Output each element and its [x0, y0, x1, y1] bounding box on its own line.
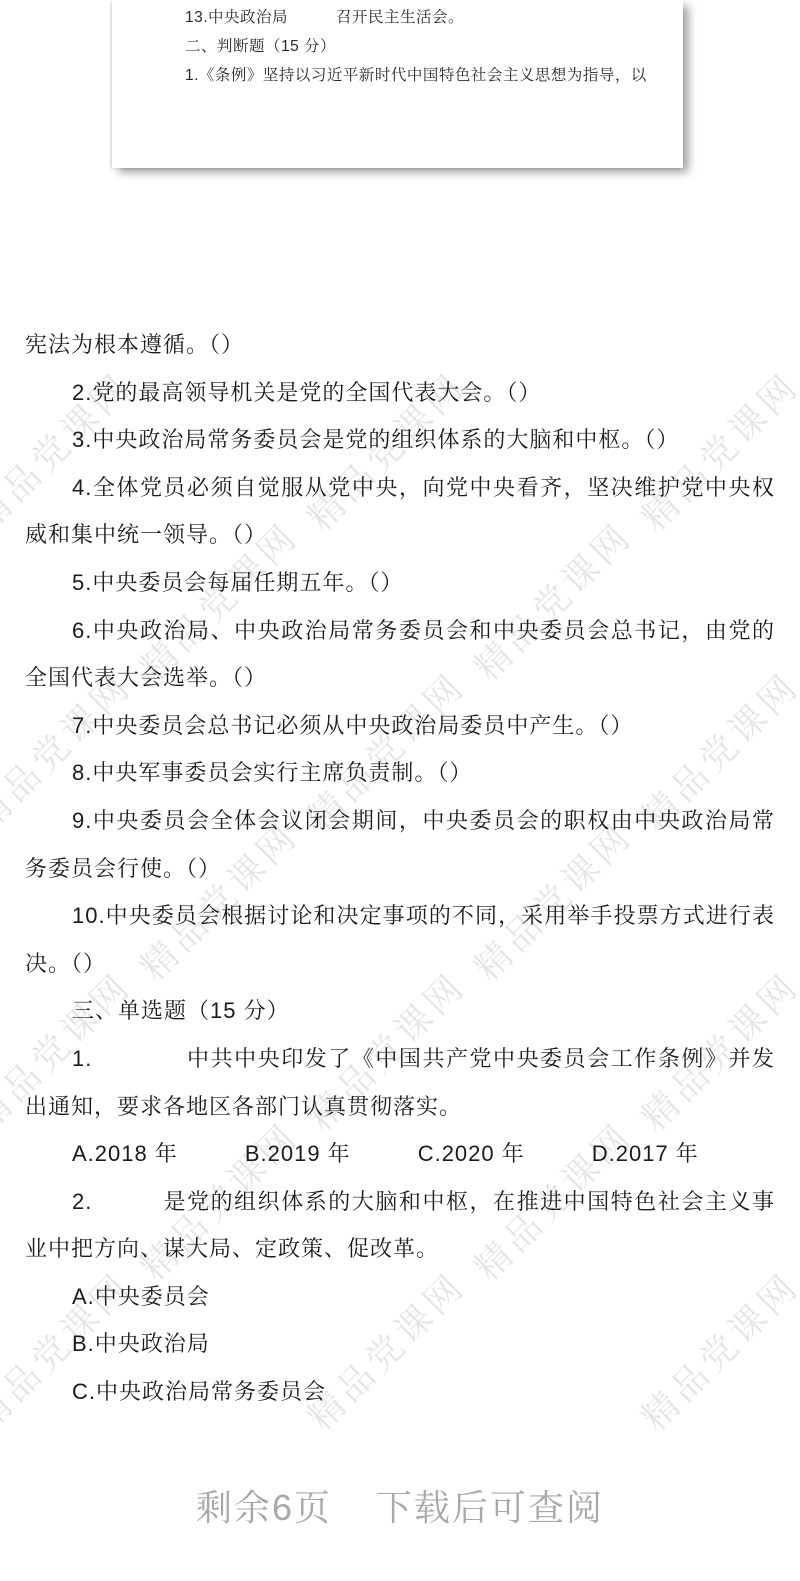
- answer-option: C.2020 年: [418, 1130, 525, 1178]
- doc-paragraph: B.中央政治局: [25, 1320, 775, 1368]
- doc-paragraph: 2.党的最高领导机关是党的全国代表大会。（）: [25, 369, 775, 417]
- previous-page-preview: 13.中央政治局 召开民主生活会。二、判断题（15 分）1.《条例》坚持以习近平…: [112, 0, 683, 168]
- answer-option: D.2017 年: [592, 1130, 699, 1178]
- remaining-pages-banner: 剩余6页 下载后可查阅: [0, 1480, 800, 1531]
- doc-paragraph: 10.中央委员会根据讨论和决定事项的不同，采用举手投票方式进行表决。（）: [25, 892, 775, 987]
- doc-paragraph: 8.中央军事委员会实行主席负责制。（）: [25, 749, 775, 797]
- download-hint-text: 下载后可查阅: [376, 1480, 604, 1531]
- remaining-pages-text: 剩余6页: [196, 1480, 332, 1531]
- preview-line: 13.中央政治局 召开民主生活会。: [185, 3, 659, 32]
- doc-paragraph: 7.中央委员会总书记必须从中央政治局委员中产生。（）: [25, 702, 775, 750]
- doc-paragraph: 4.全体党员必须自觉服从党中央，向党中央看齐，坚决维护党中央权威和集中统一领导。…: [25, 464, 775, 559]
- doc-paragraph: 1. 中共中央印发了《中国共产党中央委员会工作条例》并发出通知，要求各地区各部门…: [25, 1035, 775, 1130]
- answer-options-row: A.2018 年B.2019 年C.2020 年D.2017 年: [25, 1130, 775, 1178]
- doc-paragraph: 9.中央委员会全体会议闭会期间，中央委员会的职权由中央政治局常务委员会行使。（）: [25, 797, 775, 892]
- preview-line: 二、判断题（15 分）: [185, 32, 659, 61]
- preview-line: 1.《条例》坚持以习近平新时代中国特色社会主义思想为指导，以: [185, 61, 659, 90]
- doc-paragraph: 2. 是党的组织体系的大脑和中枢，在推进中国特色社会主义事业中把方向、谋大局、定…: [25, 1178, 775, 1273]
- doc-paragraph: A.中央委员会: [25, 1273, 775, 1321]
- doc-paragraph: 6.中央政治局、中央政治局常务委员会和中央委员会总书记，由党的全国代表大会选举。…: [25, 607, 775, 702]
- answer-option: B.2019 年: [245, 1130, 351, 1178]
- document-body: 宪法为根本遵循。（）2.党的最高领导机关是党的全国代表大会。（）3.中央政治局常…: [25, 321, 775, 1416]
- document-preview-page: 精品党课网精品党课网精品党课网精品党课网精品党课网精品党课网精品党课网精品党课网…: [0, 0, 800, 1581]
- doc-paragraph: C.中央政治局常务委员会: [25, 1368, 775, 1416]
- doc-paragraph: 宪法为根本遵循。（）: [25, 321, 775, 369]
- answer-option: A.2018 年: [72, 1130, 178, 1178]
- doc-paragraph: 5.中央委员会每届任期五年。（）: [25, 559, 775, 607]
- doc-paragraph: 3.中央政治局常务委员会是党的组织体系的大脑和中枢。（）: [25, 416, 775, 464]
- doc-paragraph: 三、单选题（15 分）: [25, 987, 775, 1035]
